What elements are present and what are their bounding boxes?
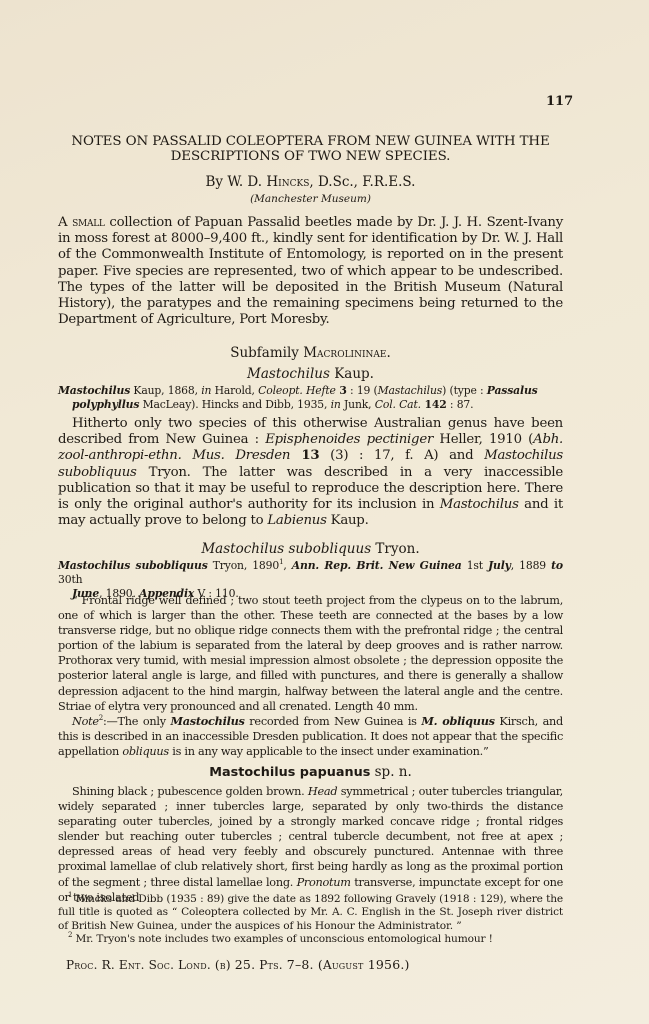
- ref-volume: 3: [336, 384, 347, 397]
- journal-volume: 13: [290, 448, 319, 463]
- article-title: NOTES ON PASSALID COLEOPTERA FROM NEW GU…: [58, 134, 563, 164]
- ref-text: ,: [283, 559, 291, 572]
- journal-series: (b): [211, 958, 235, 972]
- ref-type-species: polyphyllus: [72, 398, 139, 411]
- footnote-1: 1 Hincks and Dibb (1935 : 89) give the d…: [58, 893, 563, 933]
- footnote-text: Hincks and Dibb (1935 : 89) give the dat…: [58, 893, 563, 932]
- para-text: Shining black ; pubescence golden brown.: [72, 785, 308, 798]
- ref-text: : 87.: [447, 398, 474, 411]
- ref-text: 1st: [462, 559, 488, 572]
- quoted-description: “ Frontal ridge well defined ; two stout…: [58, 593, 563, 714]
- journal-volume: 25.: [235, 957, 255, 972]
- page-number: 117: [546, 94, 573, 109]
- author-name: Hincks: [266, 174, 309, 190]
- species-heading-papuanus: Mastochilus papuanus sp. n.: [58, 764, 563, 780]
- genus-name: Labienus: [267, 513, 326, 528]
- ref-journal: Ann. Rep. Brit. New Guinea: [292, 559, 462, 572]
- ref-volume: 142: [421, 398, 447, 411]
- author-affiliation: (Manchester Museum): [58, 193, 563, 205]
- ref-text: : 19 (: [347, 384, 378, 397]
- para-text: recorded from New Guinea is: [245, 715, 422, 728]
- genus-reference: Mastochilus Kaup, 1868, in Harold, Coleo…: [58, 384, 563, 412]
- ref-journal: Col. Cat.: [375, 398, 421, 411]
- intro-lead: A small: [58, 215, 105, 230]
- body-part: Head: [308, 785, 337, 798]
- journal-name: Proc. R. Ent. Soc. Lond.: [66, 958, 211, 972]
- para-text: is in any way applicable to the insect u…: [169, 745, 489, 758]
- title-line-1: NOTES ON PASSALID COLEOPTERA FROM NEW GU…: [58, 134, 563, 149]
- ref-text: Kaup, 1868,: [130, 384, 201, 397]
- ref-alt-spelling: Mastachilus: [378, 384, 443, 397]
- epithet: obliquus: [122, 745, 169, 758]
- subfamily-name: Macrolininae.: [303, 345, 391, 361]
- genus-name: Mastochilus: [247, 366, 330, 382]
- ref-species: Mastochilus subobliquus: [58, 559, 208, 572]
- body-part: Pronotum: [297, 876, 351, 889]
- genus-heading: Mastochilus Kaup.: [58, 366, 563, 382]
- parts-number: 7–8.: [287, 957, 314, 972]
- subfamily-label: Subfamily: [230, 345, 303, 361]
- ref-journal: Coleopt. Hefte: [258, 384, 336, 397]
- note-label: Note: [72, 715, 99, 728]
- title-line-2: DESCRIPTIONS OF TWO NEW SPECIES.: [58, 149, 563, 164]
- para-text: Heller, 1910 (: [433, 432, 533, 447]
- ref-text: in: [201, 384, 211, 397]
- para-text: :—The only: [103, 715, 171, 728]
- species-name: Episphenoides pectiniger: [265, 432, 433, 447]
- footnote-2: 2 Mr. Tryon's note includes two examples…: [58, 933, 563, 946]
- issue-month: August: [323, 958, 364, 972]
- ref-date: July: [488, 559, 511, 572]
- intro-paragraph: A small collection of Papuan Passalid be…: [58, 215, 563, 328]
- issue-year: 1956.): [364, 957, 410, 972]
- para-text: Kaup.: [327, 513, 369, 528]
- byline-prefix: By W. D.: [206, 174, 267, 190]
- species-author: Tryon.: [371, 541, 420, 557]
- species-heading-subobliquus: Mastochilus subobliquus Tryon.: [58, 541, 563, 557]
- species-status: sp. n.: [370, 764, 411, 780]
- species-name: Mastochilus subobliquus: [201, 541, 371, 557]
- ref-text: to: [551, 559, 563, 572]
- papuanus-description: Shining black ; pubescence golden brown.…: [58, 784, 563, 905]
- ref-text: , 1889: [511, 559, 551, 572]
- ref-text: MacLeay). Hincks and Dibb, 1935,: [139, 398, 330, 411]
- date-paren: (: [314, 957, 323, 972]
- ref-text: Harold,: [211, 384, 258, 397]
- ref-text: 30th: [58, 573, 82, 586]
- species-name: Mastochilus papuanus: [209, 765, 370, 780]
- subfamily-heading: Subfamily Macrolininae.: [58, 345, 563, 361]
- para-text: symmetrical ; outer tubercles triangular…: [58, 785, 563, 889]
- genus-author: Kaup.: [330, 366, 374, 382]
- footnote-text: Mr. Tryon's note includes two examples o…: [72, 933, 492, 945]
- ref-text: in: [331, 398, 341, 411]
- species-name: M. obliquus: [421, 714, 494, 728]
- parts-label: Pts.: [255, 958, 287, 972]
- genus-name: Mastochilus: [440, 497, 519, 512]
- hitherto-paragraph: Hitherto only two species of this otherw…: [58, 416, 563, 529]
- tryon-note: Note2:—The only Mastochilus recorded fro…: [58, 714, 563, 759]
- author-credentials: , D.Sc., F.R.E.S.: [309, 174, 415, 190]
- ref-type-genus: Passalus: [487, 384, 538, 397]
- para-text: (3) : 17, f. A) and: [319, 448, 484, 463]
- ref-genus: Mastochilus: [58, 384, 130, 397]
- intro-text: collection of Papuan Passalid beetles ma…: [58, 215, 563, 327]
- ref-text: ) (type :: [442, 384, 487, 397]
- ref-text: Junk,: [341, 398, 375, 411]
- author-byline: By W. D. Hincks, D.Sc., F.R.E.S.: [58, 174, 563, 190]
- ref-text: Tryon, 1890: [208, 559, 279, 572]
- genus-name: Mastochilus: [171, 714, 245, 728]
- journal-footer: Proc. R. Ent. Soc. Lond. (b) 25. Pts. 7–…: [66, 957, 566, 972]
